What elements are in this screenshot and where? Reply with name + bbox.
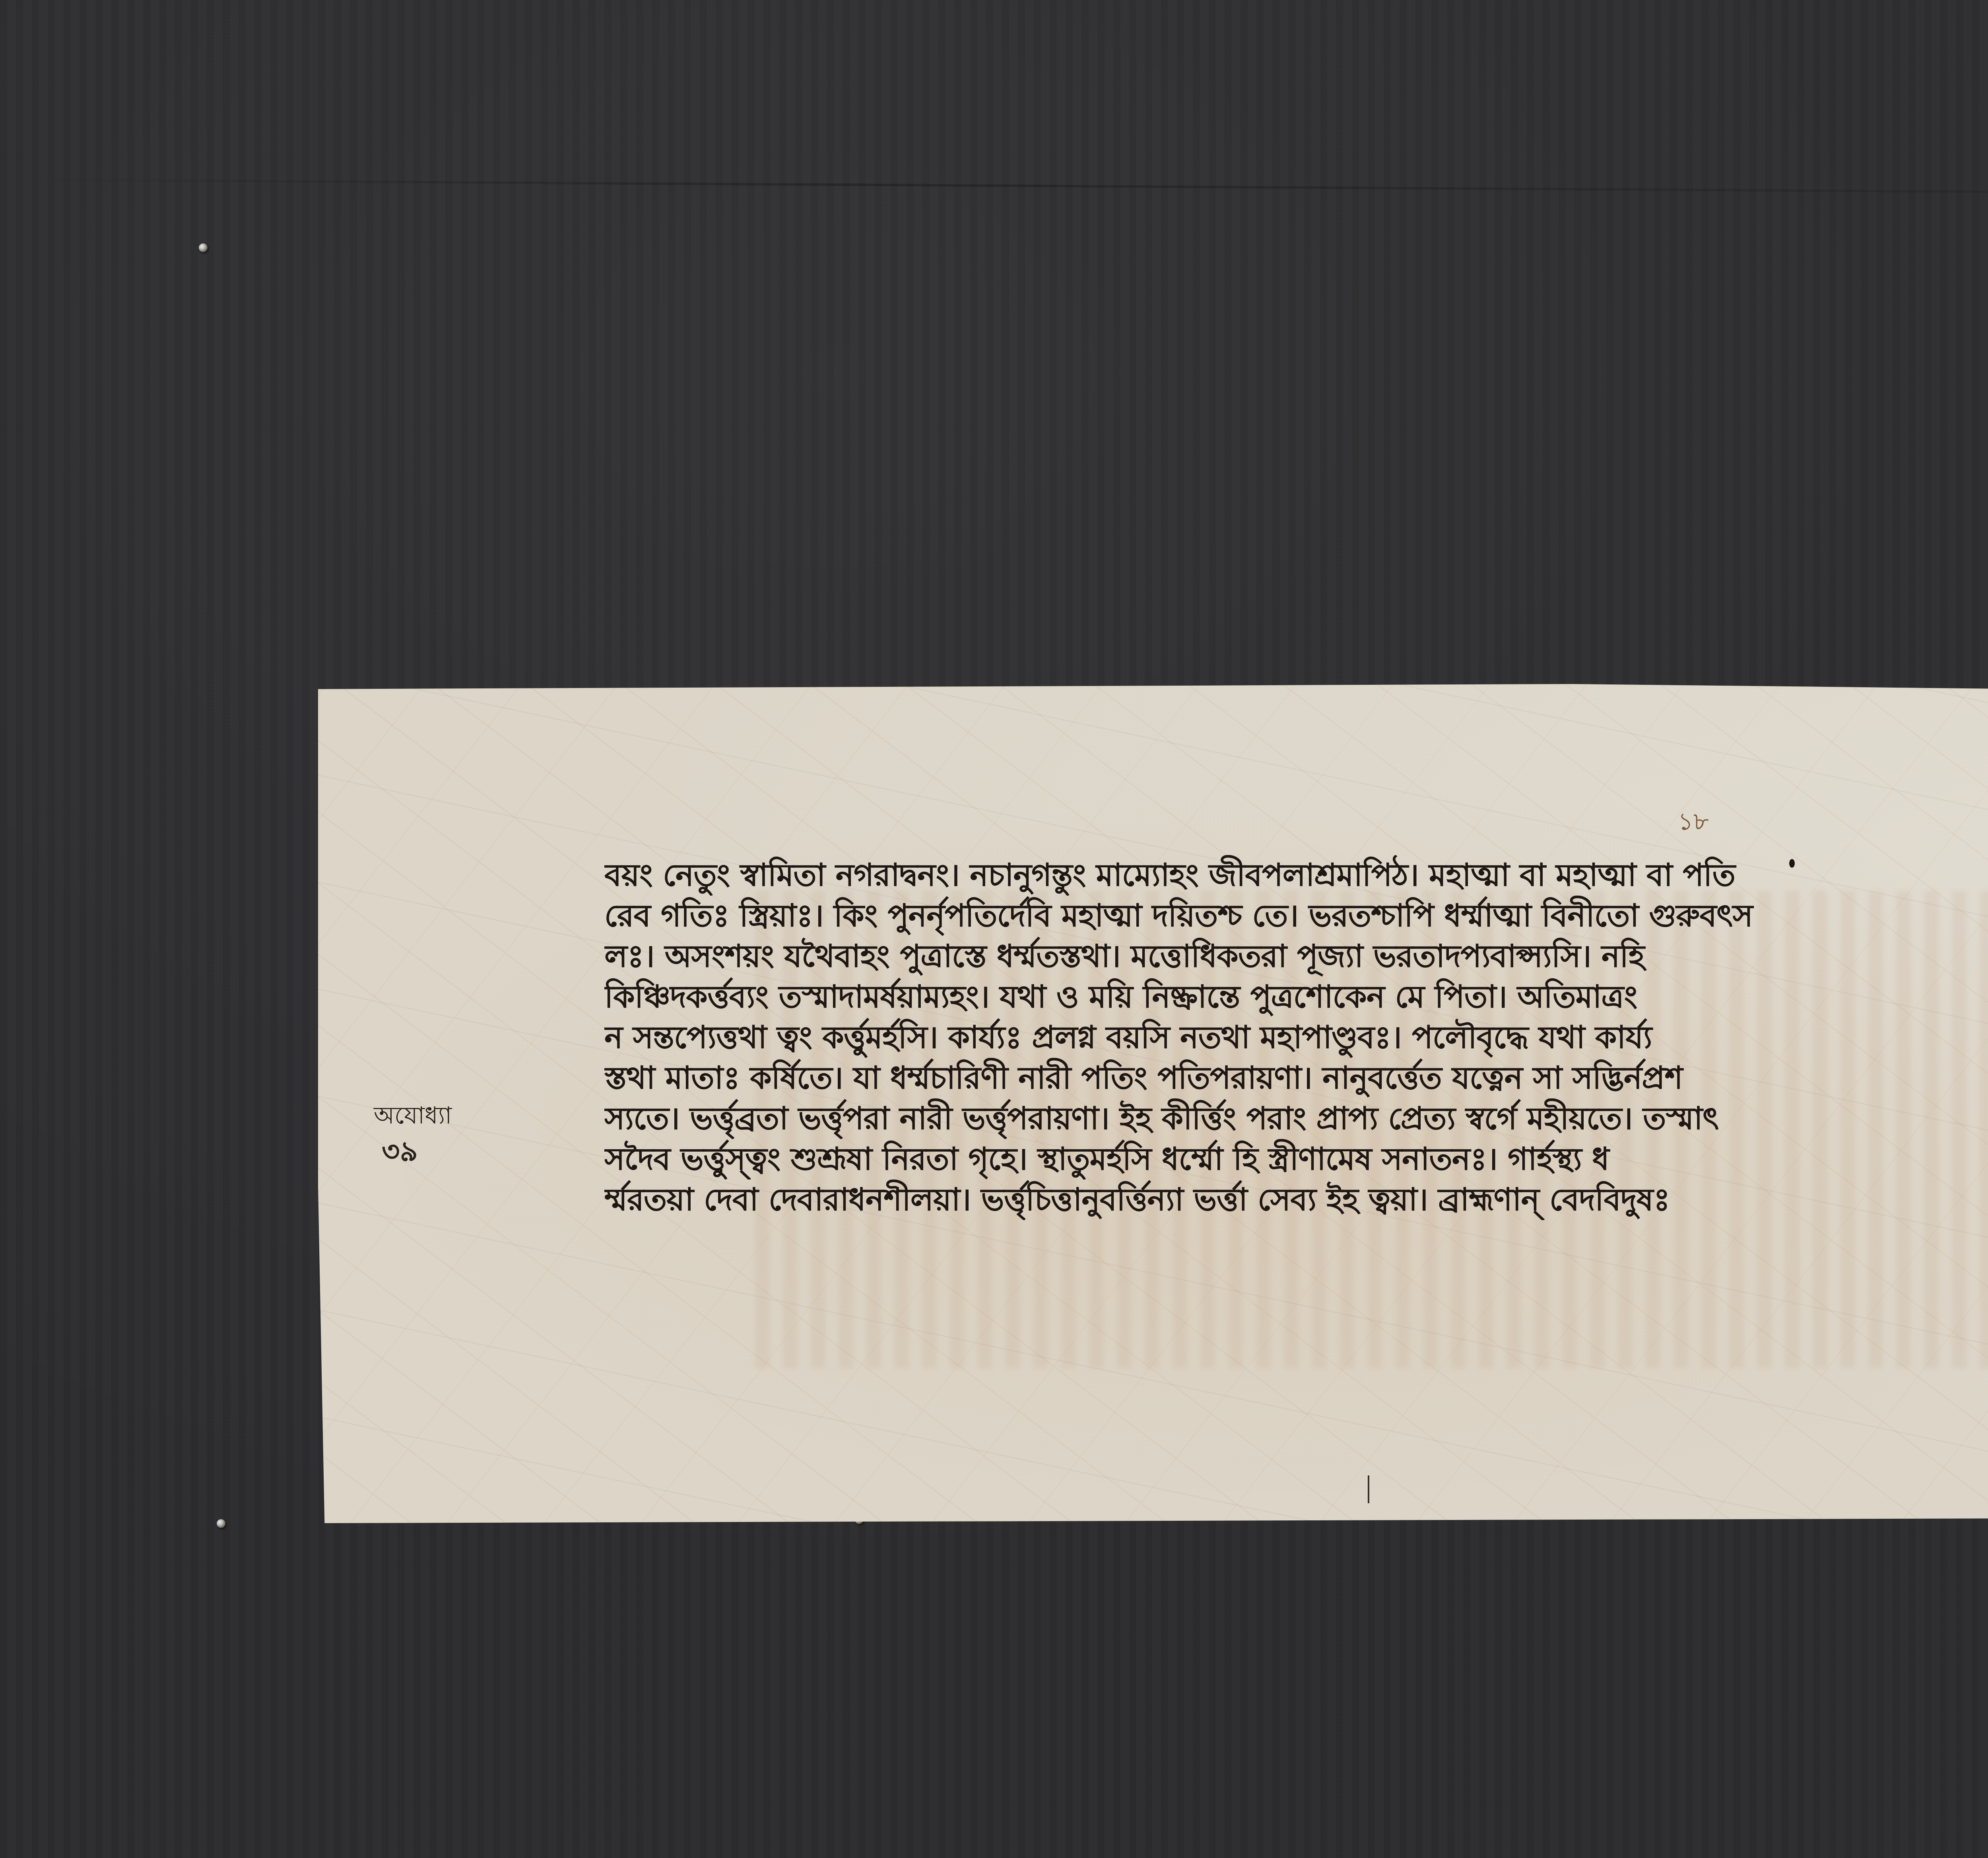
pin-head — [217, 1519, 225, 1528]
section-name: অযোধ্যা — [374, 1098, 452, 1133]
text-line: রেব গতিঃ স্ত্রিয়াঃ। কিং পুনর্নৃপতির্দেব… — [604, 896, 1988, 936]
text-line: ন সন্তপ্যেত্তথা ত্বং কর্ত্তুমর্হসি। কার্… — [604, 1017, 1988, 1058]
text-line: র্ম্মরতয়া দেবা দেবারাধনশীলয়া। ভর্ত্তৃচ… — [604, 1180, 1988, 1220]
manuscript-text: বয়ং নেতুং স্বামিতা নগরাদ্বনং। নচানুগন্ত… — [604, 855, 1988, 1220]
text-line: লঃ। অসংশয়ং যথৈবাহং পুত্রাস্তে ধর্ম্মতস্… — [604, 936, 1988, 977]
mount-seam — [0, 179, 1988, 198]
text-line: কিঞ্চিদকর্ত্তব্যং তস্মাদামর্ষয়াম্যহং। য… — [604, 977, 1988, 1017]
manuscript-folio: ১৮ অযোধ্যা ৩৯ ১৭৪ বয়ং নেতুং স্বামিতা নগ… — [318, 684, 1988, 1523]
top-annotation: ১৮ — [1678, 803, 1709, 843]
section-number: ৩৯ — [374, 1133, 452, 1169]
text-line: সদৈব ভর্ত্তুস্ত্বং শুশ্রূষা নিরতা গৃহে। … — [604, 1139, 1988, 1180]
left-margin-label: অযোধ্যা ৩৯ — [374, 1098, 452, 1169]
ink-mark — [1368, 1475, 1369, 1503]
text-line: স্তথা মাতাঃ কর্ষিতে। যা ধর্ম্মচারিণী নার… — [604, 1058, 1988, 1098]
pin-head — [199, 243, 208, 252]
text-line: বয়ং নেতুং স্বামিতা নগরাদ্বনং। নচানুগন্ত… — [604, 855, 1988, 896]
text-line: স্যতে। ভর্ত্তৃব্রতা ভর্ত্তৃপরা নারী ভর্ত… — [604, 1098, 1988, 1139]
